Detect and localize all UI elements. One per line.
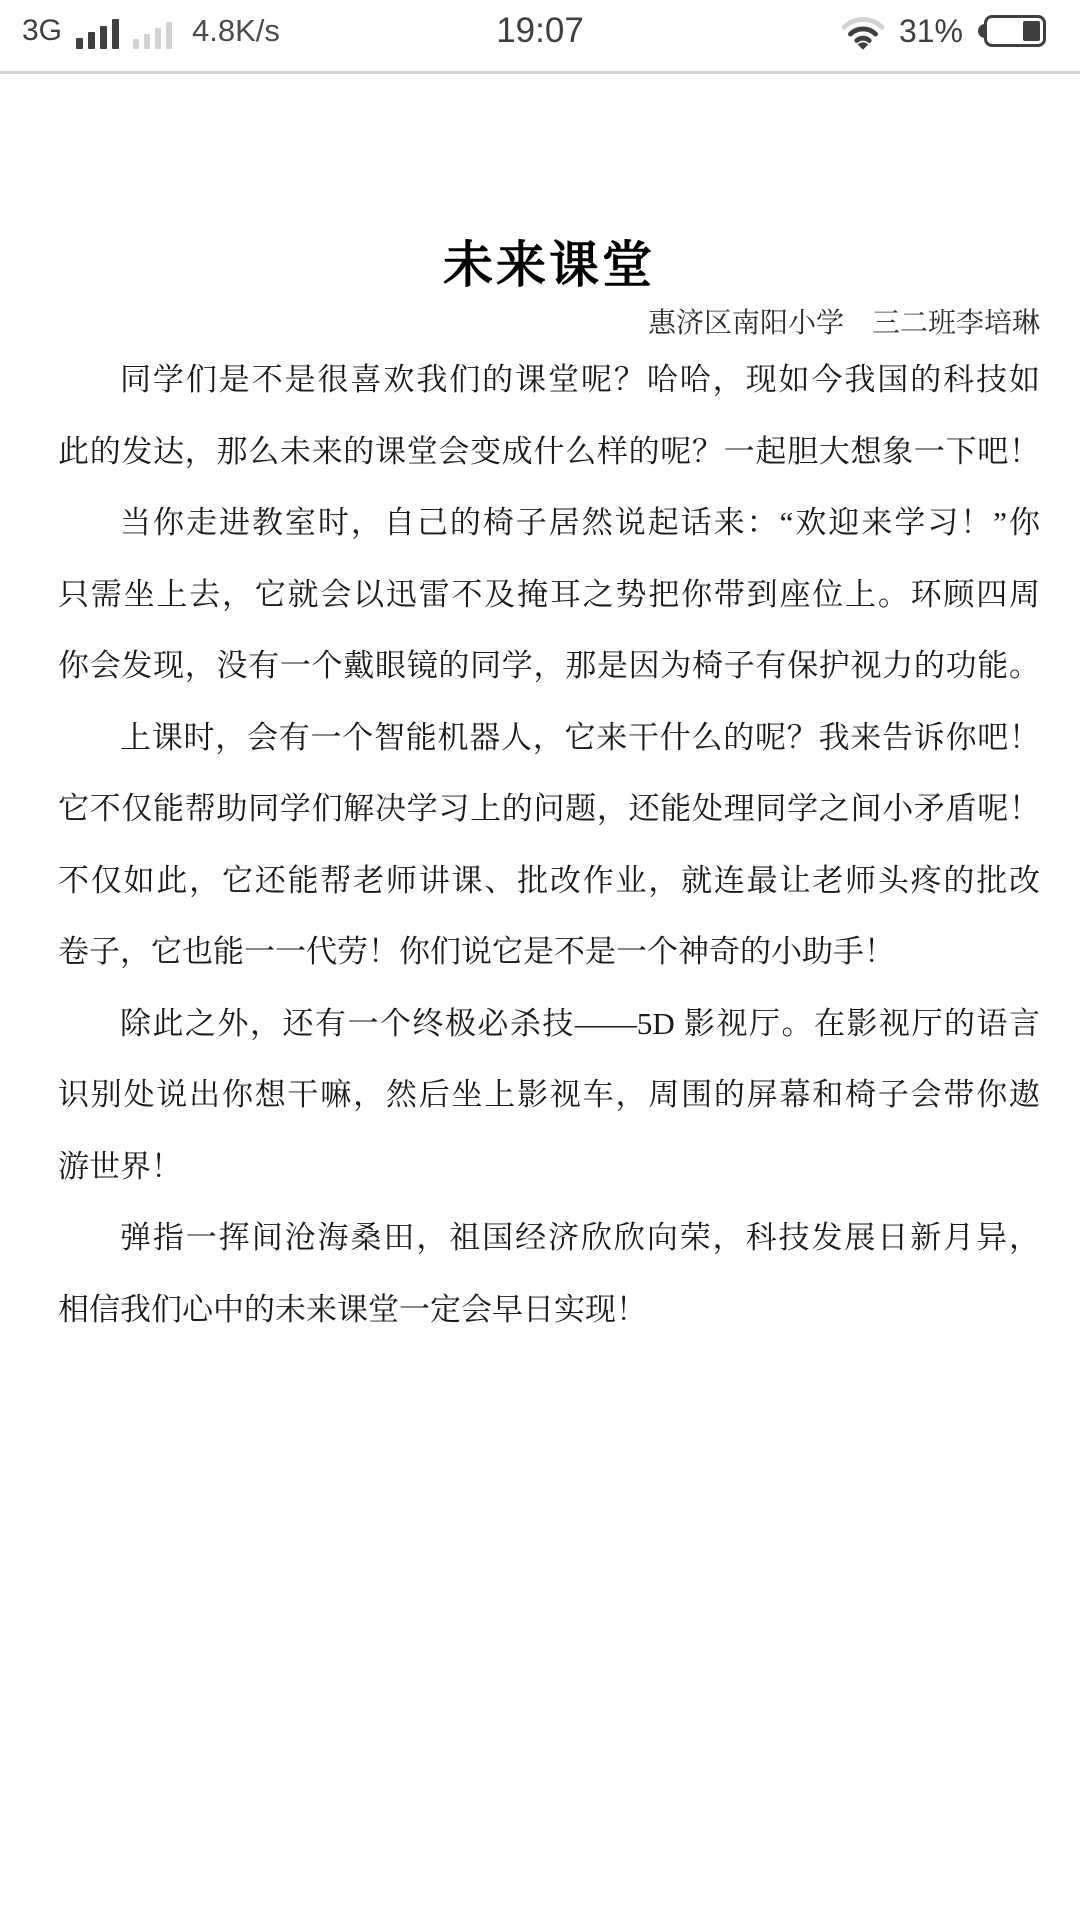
body-line: 此的发达，那么未来的课堂会变成什么样的呢？一起胆大想象一下吧！ bbox=[58, 416, 1040, 488]
battery-nub bbox=[978, 24, 985, 38]
body-line: 相信我们心中的未来课堂一定会早日实现！ bbox=[58, 1274, 1040, 1346]
body-line: 当你走进教室时，自己的椅子居然说起话来：“欢迎来学习！”你 bbox=[58, 487, 1040, 559]
network-type-label: 3G bbox=[22, 11, 62, 51]
phone-screen: 3G 4.8K/s 19:07 31% 未来课堂 惠济区南阳小学 三二班李培琳 … bbox=[0, 0, 1080, 1920]
clock: 19:07 bbox=[496, 11, 584, 51]
document-page[interactable]: 未来课堂 惠济区南阳小学 三二班李培琳 同学们是不是很喜欢我们的课堂呢？哈哈，现… bbox=[0, 236, 1080, 1345]
essay-byline: 惠济区南阳小学 三二班李培琳 bbox=[58, 304, 1040, 344]
battery-fill bbox=[1023, 21, 1040, 41]
body-line: 游世界！ bbox=[58, 1131, 1040, 1203]
body-line: 卷子，它也能一一代劳！你们说它是不是一个神奇的小助手！ bbox=[58, 916, 1040, 988]
body-line: 你会发现，没有一个戴眼镜的同学，那是因为椅子有保护视力的功能。 bbox=[58, 630, 1040, 702]
body-line: 同学们是不是很喜欢我们的课堂呢？哈哈，现如今我国的科技如 bbox=[58, 344, 1040, 416]
sim1-signal-icon bbox=[76, 19, 119, 51]
status-bar-left: 3G 4.8K/s bbox=[22, 11, 280, 51]
battery-percent: 31% bbox=[899, 13, 963, 50]
status-bar-divider bbox=[0, 71, 1080, 74]
body-line: 不仅如此，它还能帮老师讲课、批改作业，就连最让老师头疼的批改 bbox=[58, 845, 1040, 917]
body-line: 弹指一挥间沧海桑田，祖国经济欣欣向荣，科技发展日新月异， bbox=[58, 1202, 1040, 1274]
status-bar: 3G 4.8K/s 19:07 31% bbox=[0, 0, 1080, 62]
status-bar-right: 31% bbox=[840, 12, 1046, 51]
battery-icon bbox=[984, 15, 1046, 47]
download-speed: 4.8K/s bbox=[192, 11, 280, 51]
body-line: 识别处说出你想干嘛，然后坐上影视车，周围的屏幕和椅子会带你遨 bbox=[58, 1059, 1040, 1131]
essay-body: 同学们是不是很喜欢我们的课堂呢？哈哈，现如今我国的科技如此的发达，那么未来的课堂… bbox=[58, 344, 1040, 1345]
body-line: 只需坐上去，它就会以迅雷不及掩耳之势把你带到座位上。环顾四周 bbox=[58, 559, 1040, 631]
essay-title: 未来课堂 bbox=[58, 236, 1040, 294]
body-line: 除此之外，还有一个终极必杀技——5D 影视厅。在影视厅的语言 bbox=[58, 988, 1040, 1060]
body-line: 上课时，会有一个智能机器人，它来干什么的呢？我来告诉你吧！ bbox=[58, 702, 1040, 774]
wifi-icon bbox=[840, 12, 886, 51]
body-line: 它不仅能帮助同学们解决学习上的问题，还能处理同学之间小矛盾呢！ bbox=[58, 773, 1040, 845]
sim2-signal-icon bbox=[133, 19, 172, 51]
